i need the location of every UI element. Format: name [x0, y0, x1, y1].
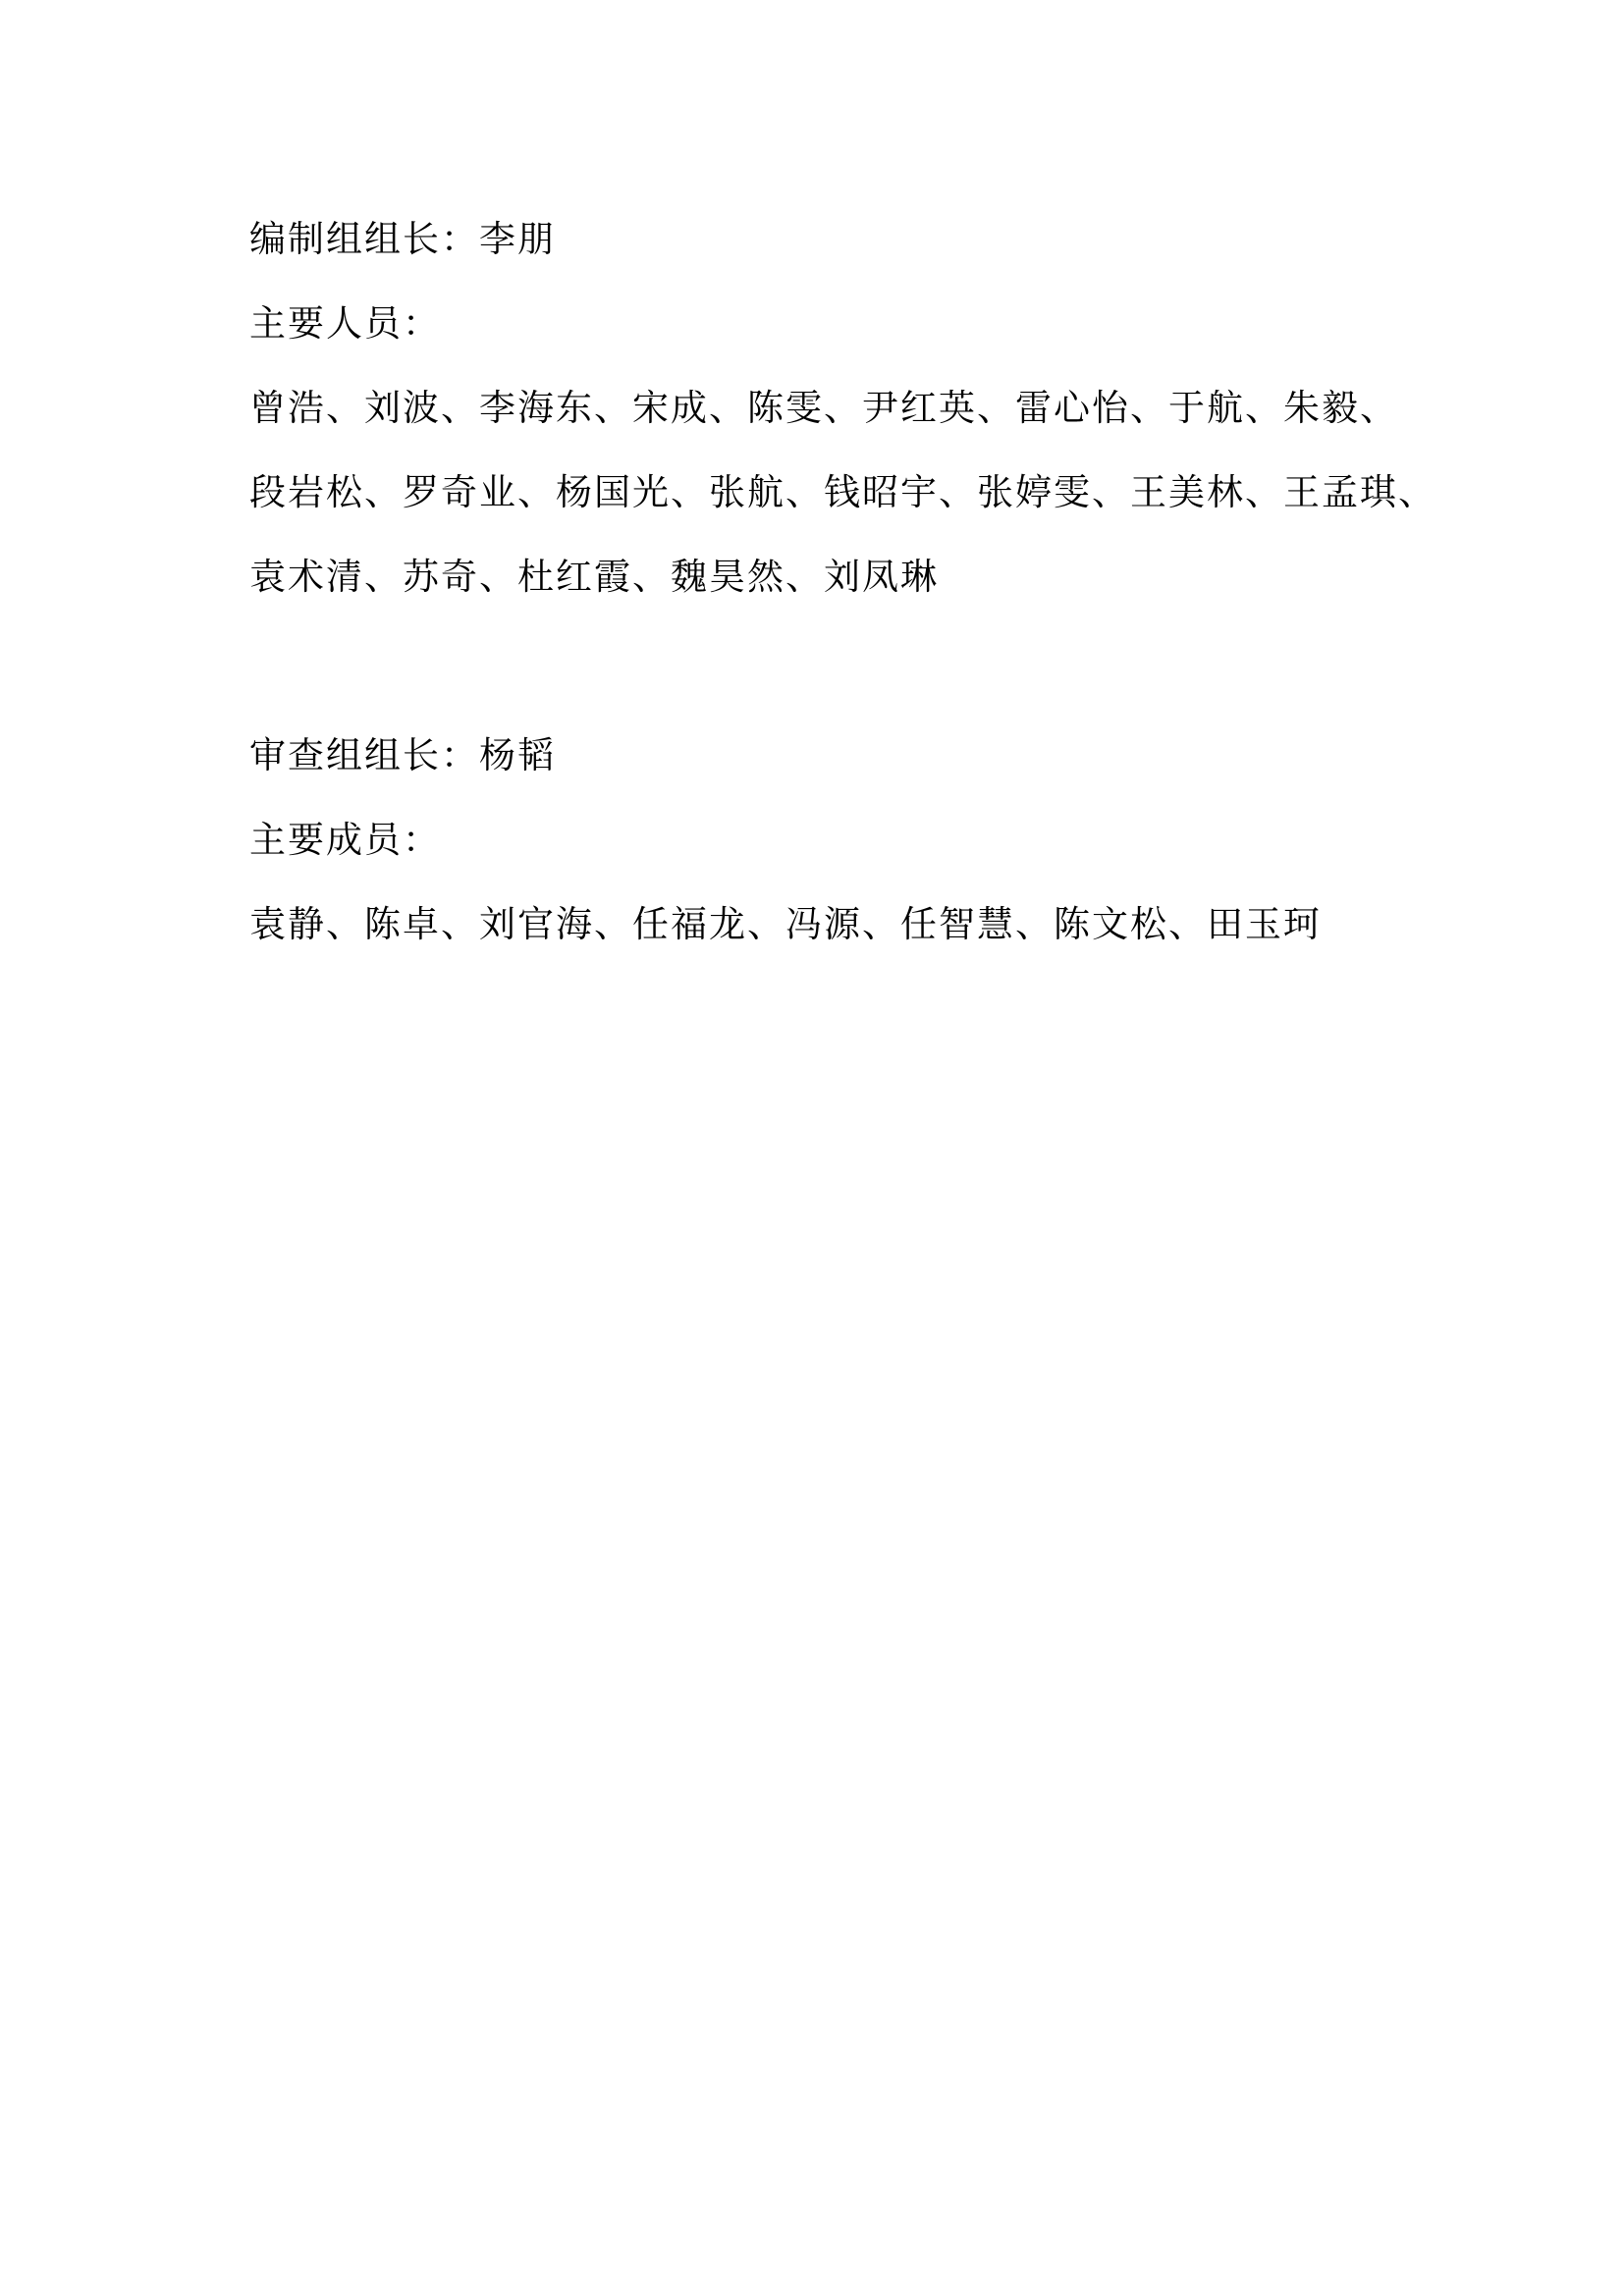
compilation-members-line-1: 曾浩、刘波、李海东、宋成、陈雯、尹红英、雷心怡、于航、朱毅、 — [249, 387, 1398, 430]
review-members-line-1: 袁静、陈卓、刘官海、任福龙、冯源、任智慧、陈文松、田玉珂 — [249, 903, 1322, 946]
compilation-members-line-3: 袁术清、苏奇、杜红霞、魏昊然、刘凤琳 — [249, 556, 939, 599]
compilation-group-leader: 编制组组长：李朋 — [249, 218, 556, 261]
review-group-leader: 审查组组长：杨韬 — [249, 734, 556, 777]
review-group-members-heading: 主要成员： — [249, 819, 441, 862]
compilation-members-line-2: 段岩松、罗奇业、杨国光、张航、钱昭宇、张婷雯、王美林、王孟琪、 — [249, 471, 1436, 514]
compilation-group-members-heading: 主要人员： — [249, 302, 441, 346]
